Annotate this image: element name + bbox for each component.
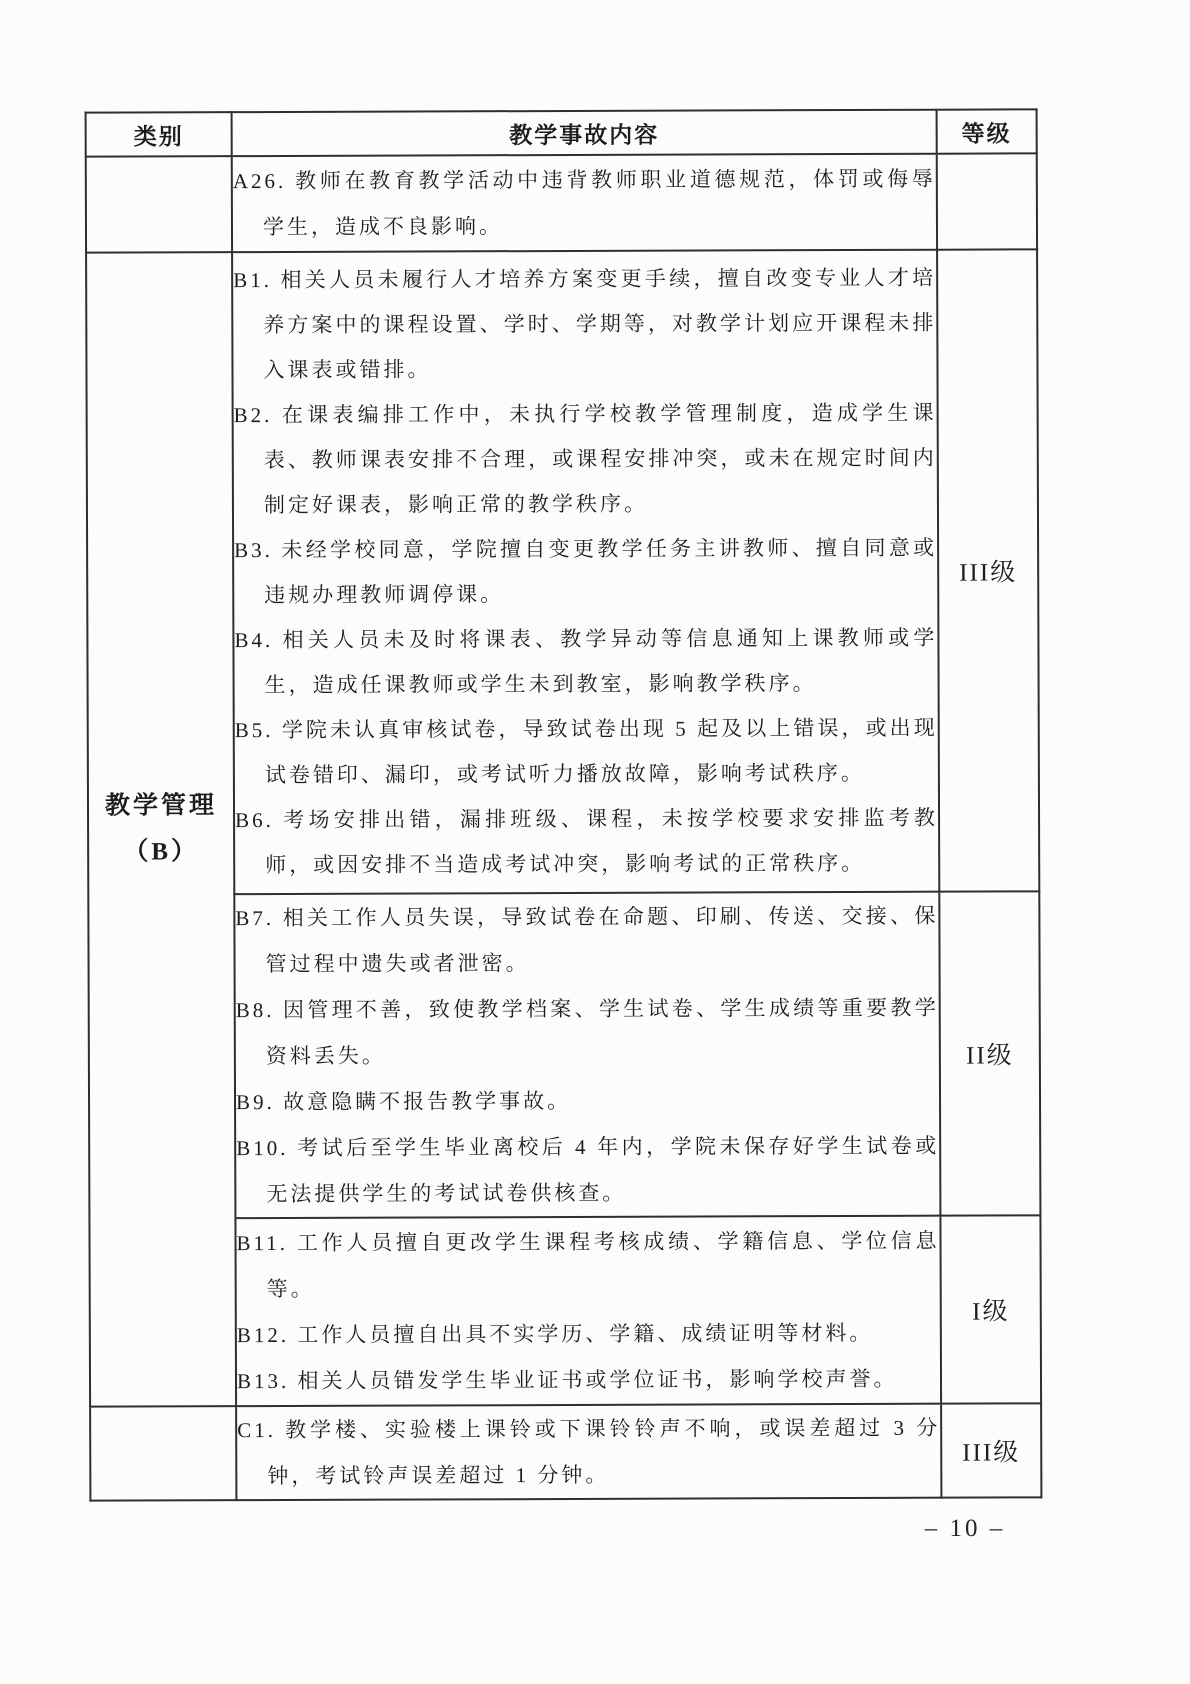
incident-item: C1. 教学楼、实验楼上课铃或下课铃铃声不响，或误差超过 3 分钟，考试铃声误差…: [237, 1405, 940, 1499]
category-label-line2: （B）: [89, 829, 233, 876]
incident-item: B2. 在课表编排工作中，未执行学校教学管理制度，造成学生课表、教师课表安排不合…: [234, 391, 937, 528]
incident-item: B6. 考场安排出错，漏排班级、课程，未按学校要求安排监考教师，或因安排不当造成…: [235, 796, 938, 888]
grade-cell-a26: [937, 153, 1037, 249]
table-row-b1-b6: 教学管理 （B） B1. 相关人员未履行人才培养方案变更手续，擅自改变专业人才培…: [86, 249, 1039, 894]
grade-cell-grade1: I级: [940, 1215, 1041, 1403]
incident-item: B12. 工作人员擅自出具不实学历、学籍、成绩证明等材料。: [237, 1310, 940, 1358]
incident-item: B8. 因管理不善，致使教学档案、学生试卷、学生成绩等重要教学资料丢失。: [236, 985, 939, 1079]
grade-cell-grade3: III级: [937, 249, 1039, 891]
page-number: – 10 –: [905, 1515, 1025, 1543]
content-cell-grade2: B7. 相关工作人员失误，导致试卷在命题、印刷、传送、交接、保管过程中遗失或者泄…: [234, 892, 940, 1218]
incident-list: B7. 相关工作人员失误，导致试卷在命题、印刷、传送、交接、保管过程中遗失或者泄…: [235, 893, 939, 1217]
col-header-category: 类别: [86, 112, 232, 157]
incident-list: A26. 教师在教育教学活动中违背教师职业道德规范，体罚或侮辱学生，造成不良影响…: [233, 156, 936, 250]
incident-list: B11. 工作人员擅自更改学生课程考核成绩、学籍信息、学位信息等。B12. 工作…: [236, 1218, 940, 1404]
table-row-c1: C1. 教学楼、实验楼上课铃或下课铃铃声不响，或误差超过 3 分钟，考试铃声误差…: [90, 1403, 1041, 1500]
incident-list: B1. 相关人员未履行人才培养方案变更手续，擅自改变专业人才培养方案中的课程设置…: [233, 256, 938, 888]
incident-item: B9. 故意隐瞒不报告教学事故。: [236, 1077, 939, 1125]
incident-item: B4. 相关人员未及时将课表、教学异动等信息通知上课教师或学生，造成任课教师或学…: [234, 616, 937, 708]
grade-cell-c1: III级: [941, 1403, 1041, 1497]
incident-item: B7. 相关工作人员失误，导致试卷在命题、印刷、传送、交接、保管过程中遗失或者泄…: [235, 893, 938, 987]
incident-item: B5. 学院未认真审核试卷，导致试卷出现 5 起及以上错误，或出现试卷错印、漏印…: [235, 706, 938, 798]
category-cell-teaching-management: 教学管理 （B）: [86, 252, 236, 1407]
teaching-incident-table: 类别 教学事故内容 等级 A26. 教师在教育教学活动中违背教师职业道德规范，体…: [85, 108, 1043, 1501]
table-row-a26: A26. 教师在教育教学活动中违背教师职业道德规范，体罚或侮辱学生，造成不良影响…: [86, 153, 1037, 252]
incident-item: B1. 相关人员未履行人才培养方案变更手续，擅自改变专业人才培养方案中的课程设置…: [233, 256, 936, 393]
document-page: 类别 教学事故内容 等级 A26. 教师在教育教学活动中违背教师职业道德规范，体…: [0, 0, 1190, 1684]
category-label-line1: 教学管理: [89, 783, 233, 830]
content-cell-grade3: B1. 相关人员未履行人才培养方案变更手续，擅自改变专业人才培养方案中的课程设置…: [232, 250, 939, 894]
incident-list: C1. 教学楼、实验楼上课铃或下课铃铃声不响，或误差超过 3 分钟，考试铃声误差…: [237, 1405, 940, 1499]
col-header-content: 教学事故内容: [232, 110, 937, 156]
incident-item: B3. 未经学校同意，学院擅自变更教学任务主讲教师、擅自同意或违规办理教师调停课…: [234, 526, 937, 618]
table-header-row: 类别 教学事故内容 等级: [86, 109, 1037, 156]
incident-item: B13. 相关人员错发学生毕业证书或学位证书，影响学校声誉。: [237, 1356, 940, 1404]
category-cell-empty-bottom: [90, 1406, 236, 1501]
col-header-grade: 等级: [937, 109, 1037, 153]
incident-item: B10. 考试后至学生毕业离校后 4 年内，学院未保存好学生试卷或无法提供学生的…: [236, 1123, 939, 1217]
grade-cell-grade2: II级: [939, 891, 1040, 1215]
content-cell-grade1: B11. 工作人员擅自更改学生课程考核成绩、学籍信息、学位信息等。B12. 工作…: [235, 1216, 941, 1406]
incident-item: B11. 工作人员擅自更改学生课程考核成绩、学籍信息、学位信息等。: [236, 1218, 939, 1312]
category-cell-empty-top: [86, 156, 232, 253]
content-cell-a26: A26. 教师在教育教学活动中违背教师职业道德规范，体罚或侮辱学生，造成不良影响…: [232, 154, 937, 252]
content-cell-c1: C1. 教学楼、实验楼上课铃或下课铃铃声不响，或误差超过 3 分钟，考试铃声误差…: [236, 1404, 941, 1500]
incident-item: A26. 教师在教育教学活动中违背教师职业道德规范，体罚或侮辱学生，造成不良影响…: [233, 156, 936, 250]
